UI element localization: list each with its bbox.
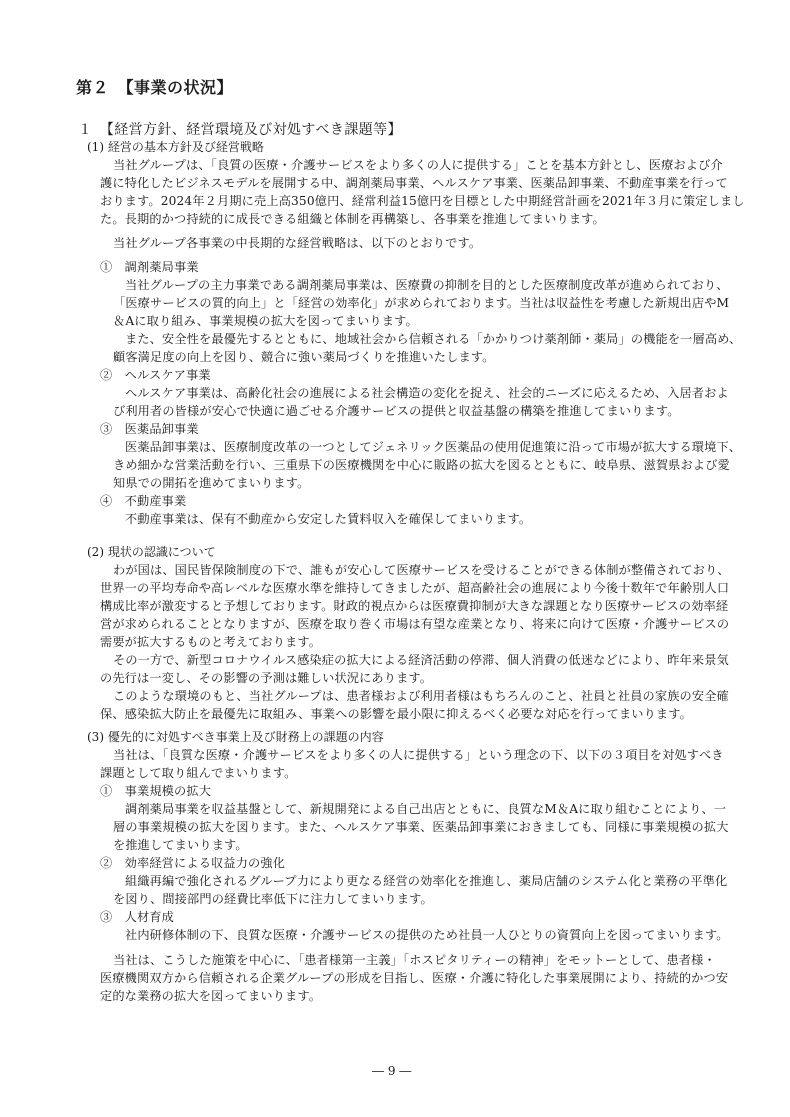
paragraph-line: 需要が拡大するものと考えております。 bbox=[100, 633, 321, 650]
item-heading: ④ 不動産事業 bbox=[100, 492, 186, 509]
paragraph-line: 護に特化したビジネスモデルを展開する中、調剤薬局事業、ヘルスケア事業、医薬品卸事… bbox=[100, 174, 728, 191]
paragraph-line: 組織再編で強化されるグループ力により更なる経営の効率化を推進し、薬局店舗のシステ… bbox=[125, 872, 727, 889]
paragraph-line: 営が求められることとなりますが、医療を取り巻く市場は有望な産業となり、将来に向け… bbox=[100, 615, 729, 632]
subsection-3-heading: (3) 優先的に対処すべき事業上及び財務上の課題の内容 bbox=[87, 728, 384, 745]
paragraph-line: び利用者の皆様が安心で快適に過ごせる介護サービスの提供と収益基盤の構築を推進して… bbox=[113, 402, 680, 419]
item-heading: ③ 医薬品卸事業 bbox=[100, 420, 199, 437]
subsection-1-heading: (1) 経営の基本方針及び経営戦略 bbox=[87, 138, 264, 155]
paragraph-line: た。長期的かつ持続的に成長できる組織と体制を再構築し、各事業を推進してまいります… bbox=[100, 210, 605, 227]
paragraph-line: 世界一の平均寿命や高レベルな医療水準を維持してきましたが、超高齢社会の進展により… bbox=[100, 579, 729, 596]
paragraph-line: 当社グループ各事業の中長期的な経営戦略は、以下のとおりです。 bbox=[113, 234, 481, 251]
paragraph-line: 保、感染拡大防止を最優先に取組み、事業への影響を最小限に抑えるべく必要な対応を行… bbox=[100, 705, 692, 722]
paragraph-line: 調剤薬局事業を収益基盤として、新規開発による自己出店とともに、良質なM＆Aに取り… bbox=[125, 800, 726, 817]
subsection-2-heading: (2) 現状の認識について bbox=[87, 543, 216, 560]
item-heading: ② ヘルスケア事業 bbox=[100, 366, 211, 383]
paragraph-line: 医薬品卸事業は、医療制度改革の一つとしてジェネリック医薬品の使用促進策に沿って市… bbox=[125, 438, 741, 455]
paragraph-line: 課題として取り組んでまいります。 bbox=[100, 764, 296, 781]
paragraph-line: その一方で、新型コロナウイルス感染症の拡大による経済活動の停滞、個人消費の低迷な… bbox=[113, 651, 729, 668]
paragraph-line: を図り、間接部門の経費比率低下に注力してまいります。 bbox=[113, 890, 433, 907]
paragraph-line: 定的な業務の拡大を図ってまいります。 bbox=[100, 987, 321, 1004]
paragraph-line: 顧客満足度の向上を図り、競合に強い薬局づくりを推進いたします。 bbox=[113, 348, 495, 365]
paragraph-line: このような環境のもと、当社グループは、患者様および利用者様はもちろんのこと、社員… bbox=[113, 687, 729, 704]
paragraph-line: また、安全性を最優先するとともに、地域社会から信頼される「かかりつけ薬剤師・薬局… bbox=[125, 330, 741, 347]
paragraph-line: を推進してまいります。 bbox=[113, 836, 248, 853]
paragraph-line: ＆Aに取り組み、事業規模の拡大を図ってまいります。 bbox=[113, 312, 418, 329]
paragraph-line: 不動産事業は、保有不動産から安定した賃料収入を確保してまいります。 bbox=[125, 510, 531, 527]
paragraph-line: 医療機関双方から信頼される企業グループの形成を目指し、医療・介護に特化した事業展… bbox=[100, 969, 728, 986]
page-number: ― 9 ― bbox=[372, 1064, 411, 1078]
paragraph-line: 社内研修体制の下、良質な医療・介護サービスの提供のため社員一人ひとりの資質向上を… bbox=[125, 926, 729, 943]
item-heading: ① 調剤薬局事業 bbox=[100, 258, 199, 275]
item-heading: ③ 人材育成 bbox=[100, 908, 174, 925]
paragraph-line: 構成比率が激変すると予想しております。財政的視点からは医療費抑制が大きな課題とな… bbox=[100, 597, 728, 614]
paragraph-line: 当社グループは、「良質の医療・介護サービスをより多くの人に提供する」ことを基本方… bbox=[113, 156, 723, 173]
paragraph-line: わが国は、国民皆保険制度の下で、誰もが安心して医療サービスを受けることができる体… bbox=[113, 561, 730, 578]
paragraph-line: 「医療サービスの質的向上」と「経営の効率化」が求められております。当社は収益性を… bbox=[113, 294, 729, 311]
paragraph-line: 当社グループの主力事業である調剤薬局事業は、医療費の抑制を目的とした医療制度改革… bbox=[125, 276, 729, 293]
paragraph-line: きめ細かな営業活動を行い、三重県下の医療機関を中心に販路の拡大を図るとともに、岐… bbox=[113, 456, 730, 473]
paragraph-line: 当社は、「良質な医療・介護サービスをより多くの人に提供する」という理念の下、以下… bbox=[113, 746, 724, 763]
item-heading: ① 事業規模の拡大 bbox=[100, 782, 211, 799]
paragraph-line: の先行は一変し、その影響の予測は難しい状況にあります。 bbox=[100, 669, 432, 686]
item-heading: ② 効率経営による収益力の強化 bbox=[100, 854, 285, 871]
paragraph-line: ヘルスケア事業は、高齢化社会の進展による社会構造の変化を捉え、社会的ニーズに応え… bbox=[125, 384, 729, 401]
paragraph-line: 知県での開拓を進めてまいります。 bbox=[113, 474, 309, 491]
section-heading: １ 【経営方針、経営環境及び対処すべき課題等】 bbox=[78, 119, 402, 139]
paragraph-line: 当社は、こうした施策を中心に、「患者様第一主義」「ホスピタリティーの精神」をモッ… bbox=[113, 951, 716, 968]
page-title: 第２ 【事業の状況】 bbox=[76, 75, 233, 98]
paragraph-line: おります。2024年２月期に売上高350億円、経常利益15億円を目標とした中期経… bbox=[100, 192, 745, 209]
paragraph-line: 層の事業規模の拡大を図ります。また、ヘルスケア事業、医薬品卸事業におきましても、… bbox=[113, 818, 729, 835]
